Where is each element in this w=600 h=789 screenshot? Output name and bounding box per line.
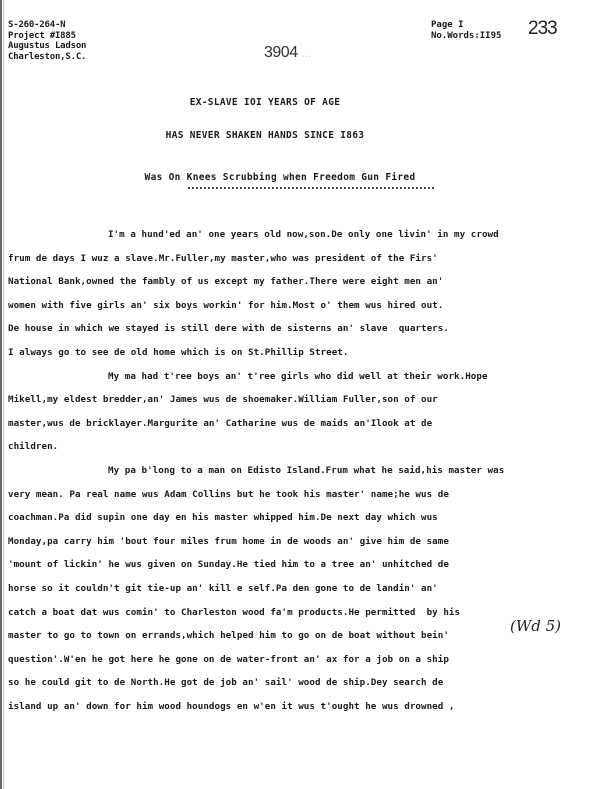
body-line: My pa b'long to a man on Edisto Island.F…	[8, 459, 593, 483]
author-name: Augustus Ladson	[8, 41, 86, 52]
page-label: Page I	[431, 20, 501, 31]
body-line: I always go to see de old home which is …	[8, 341, 593, 365]
body-line: I'm a hund'ed an' one years old now,son.…	[8, 223, 593, 247]
body-line: frum de days I wuz a slave.Mr.Fuller,my …	[8, 247, 593, 271]
document-header-left: S-260-264-N Project #I885 Augustus Ladso…	[8, 20, 86, 62]
body-line: coachman.Pa did supin one day en his mas…	[8, 506, 593, 530]
title-secondary: HAS NEVER SHAKEN HANDS SINCE I863	[0, 130, 530, 141]
body-line: horse so it couldn't git tie-up an' kill…	[8, 577, 593, 601]
body-line: master to go to town on errands,which he…	[8, 624, 593, 648]
body-line: National Bank,owned the fambly of us exc…	[8, 270, 593, 294]
body-line: children.	[8, 435, 593, 459]
insertion-caret-mark: ^	[398, 634, 403, 643]
body-line: De house in which we stayed is still der…	[8, 317, 593, 341]
file-code: S-260-264-N	[8, 20, 86, 31]
body-line: 'mount of lickin' he wus given on Sunday…	[8, 553, 593, 577]
body-line: very mean. Pa real name wus Adam Collins…	[8, 483, 593, 507]
body-line: island up an' down for him wood houndogs…	[8, 695, 593, 719]
body-line: Mikell,my eldest bredder,an' James wus d…	[8, 388, 593, 412]
word-count: No.Words:II95	[431, 31, 501, 42]
stamp-number: 3904	[264, 44, 298, 62]
body-line: catch a boat dat wus comin' to Charlesto…	[8, 601, 593, 625]
stamp-faint-mark: ...	[301, 46, 311, 60]
handwritten-page-number: 233	[528, 18, 557, 40]
body-line: so he could git to de North.He got de jo…	[8, 671, 593, 695]
location: Charleston,S.C.	[8, 52, 86, 63]
subtitle: Was On Knees Scrubbing when Freedom Gun …	[0, 172, 560, 183]
scan-edge-line	[0, 0, 2, 789]
body-line: women with five girls an' six boys worki…	[8, 294, 593, 318]
document-body: I'm a hund'ed an' one years old now,son.…	[8, 223, 593, 718]
body-line: question'.W'en he got here he gone on de…	[8, 648, 593, 672]
project-number: Project #I885	[8, 31, 86, 42]
body-line: master,wus de bricklayer.Margurite an' C…	[8, 412, 593, 436]
handwritten-margin-note: (Wd 5)	[510, 617, 561, 635]
body-line: My ma had t'ree boys an' t'ree girls who…	[8, 365, 593, 389]
body-line: Monday,pa carry him 'bout four miles fru…	[8, 530, 593, 554]
title-main: EX-SLAVE IOI YEARS OF AGE	[0, 97, 530, 108]
subtitle-underline-divider	[188, 187, 434, 189]
scan-edge-shadow	[3, 0, 4, 789]
document-header-right: Page I No.Words:II95	[431, 20, 501, 41]
